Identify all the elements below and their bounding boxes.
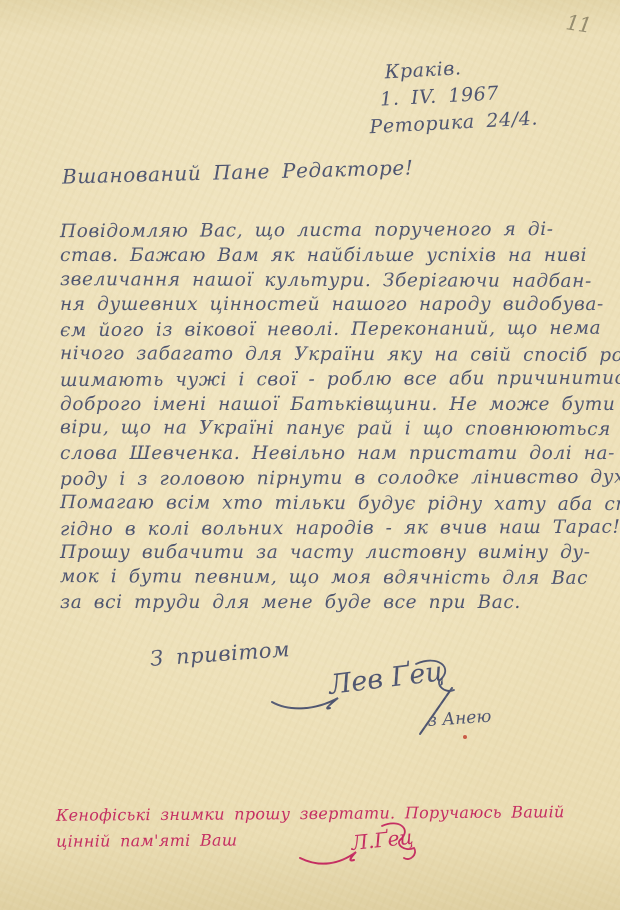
body-line: Помагаю всім хто тільки будує рідну хату… (60, 491, 570, 518)
body-line: звеличання нашої культури. Зберігаючи на… (60, 268, 570, 295)
body-line: Повідомляю Вас, що листа порученого я ді… (60, 218, 570, 245)
body-line: ня душевних цінностей нашого народу видо… (60, 293, 570, 318)
signature-block: Лев Ґец з Анею (268, 650, 498, 744)
body-line: роду і з головою пірнути в солодке лінив… (60, 466, 570, 493)
letter-body: Повідомляю Вас, що листа порученого я ді… (60, 219, 570, 616)
body-line: мок і бути певним, що моя вдячність для … (60, 565, 570, 592)
body-line: єм його із вікової неволі. Переконаний, … (60, 317, 570, 344)
body-line: Прошу вибачити за часту листовну виміну … (60, 541, 570, 566)
salutation: Вшанований Пане Редакторе! (62, 155, 414, 188)
letter-page: 11 Краків. 1. IV. 1967 Реторика 24/4. Вш… (0, 0, 620, 910)
page-number: 11 (564, 10, 592, 38)
svg-text:Л.Ґец: Л.Ґец (349, 825, 414, 855)
svg-text:з Анею: з Анею (427, 707, 492, 731)
signature-flourish: Лев Ґец з Анею (268, 650, 498, 740)
body-line: слова Шевченка. Невільно нам пристати до… (60, 442, 570, 467)
red-signature-flourish: Л.Ґец (296, 818, 446, 878)
body-line: гідно в колі вольних народів - як вчив н… (60, 515, 570, 542)
svg-text:Лев Ґец: Лев Ґец (325, 655, 446, 701)
ink-speck (463, 735, 467, 739)
letter-heading: Краків. 1. IV. 1967 Реторика 24/4. (366, 50, 570, 141)
body-line: нічого забагато для України яку на свій … (60, 342, 570, 369)
postscript-signature: Л.Ґец (296, 818, 446, 882)
body-line: став. Бажаю Вам як найбільше успіхів на … (60, 244, 570, 269)
body-line: шимають чужі і свої - роблю все аби прич… (60, 367, 570, 394)
body-line: віри, що на Україні панує рай і що сповн… (60, 416, 570, 443)
body-line: доброго імені нашої Батьківщини. Не може… (60, 393, 570, 418)
body-line: за всі труди для мене буде все при Вас. (60, 591, 570, 616)
